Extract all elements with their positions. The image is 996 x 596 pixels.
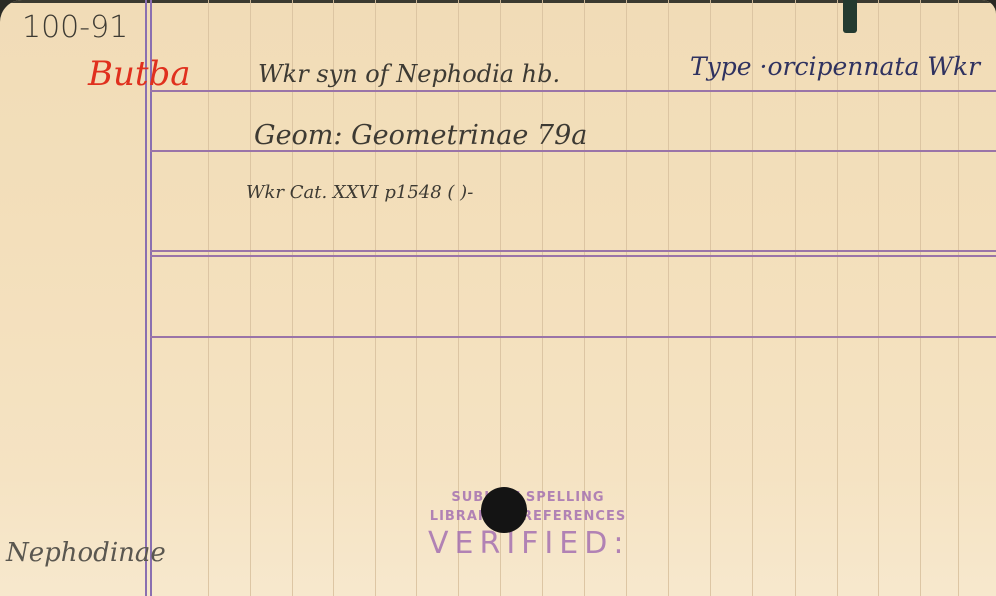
index-tab (843, 0, 857, 33)
ruled-line (150, 90, 996, 92)
catalogue-reference: Wkr Cat. XXVI p1548 ( )- (246, 182, 473, 203)
subfamily-note: Nephodinae (6, 538, 166, 568)
stamp-line-2: LIBRARY & REFERENCES (428, 509, 628, 524)
type-species: Type ·orcipennata Wkr (690, 52, 980, 81)
ruled-line-double (150, 250, 996, 252)
stamp-line-1: SUBJECT SPELLING (428, 490, 628, 505)
stamp-verified: VERIFIED: (428, 526, 628, 561)
ruled-line-double (150, 255, 996, 257)
ruled-line (150, 336, 996, 338)
genus-name: Butba (88, 54, 191, 94)
reference-number: 100-91 (22, 10, 128, 45)
punch-hole (481, 487, 527, 533)
index-card: 100-91 Butba Wkr syn of Nephodia hb. Typ… (0, 0, 996, 596)
verification-stamp: SUBJECT SPELLING LIBRARY & REFERENCES VE… (428, 490, 628, 561)
synonym-note: Wkr syn of Nephodia hb. (258, 60, 560, 88)
subfamily-line: Geom: Geometrinae 79a (254, 120, 587, 151)
